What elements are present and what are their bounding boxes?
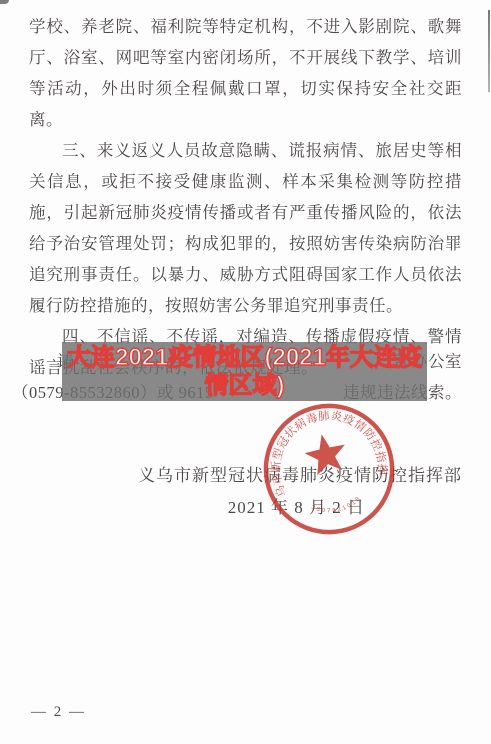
overlay-title-banner: 大连2021疫情地区(2021年大连疫情区域) [62,342,427,401]
svg-text:3307821018: 3307821018 [309,494,364,519]
scan-edge-artifact-corner [0,0,9,4]
document-page: 学校、养老院、福利院等特定机构，不进入影剧院、歌舞厅、浴室、网吧等室内密闭场所，… [0,0,491,744]
paragraph-item-3: 三、来义返义人员故意隐瞒、谎报病情、旅居史等相关信息，或拒不接受健康监测、样本采… [29,135,462,321]
official-seal-stamp-icon: 义乌市新型冠状病毒肺炎疫情防控指挥部 3307821018 [247,387,411,551]
seal-star-icon [301,430,349,477]
paragraph-continuation: 学校、养老院、福利院等特定机构，不进入影剧院、歌舞厅、浴室、网吧等室内密闭场所，… [29,11,462,135]
page-number: — 2 — [31,704,86,721]
overlay-banner-title: 大连2021疫情地区(2021年大连疫情区域) [62,344,427,400]
document-body: 学校、养老院、福利院等特定机构，不进入影剧院、歌舞厅、浴室、网吧等室内密闭场所，… [29,11,462,383]
seal-code-digits: 3307821018 [309,494,364,519]
scan-edge-artifact-right [488,10,490,92]
